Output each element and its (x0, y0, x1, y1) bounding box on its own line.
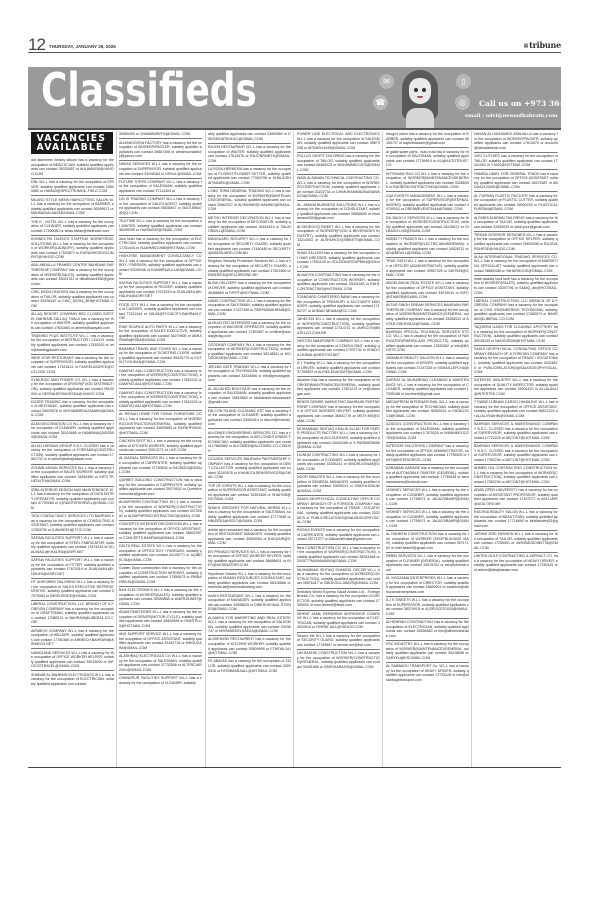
ad-list: 35069300 or SHABABIRIFFA@GMAIL.COMALMANS… (119, 131, 202, 687)
classified-ad: VISHNEY SERVICES W.L.L has a vacancy for… (386, 487, 469, 509)
classified-ad: A J K SWEETS W.L.L has a vacancy for the… (386, 597, 469, 619)
classified-ad: A J Trading W.L.L has a vacancy for the … (297, 360, 380, 377)
classified-ad: RACHNA BEAUTY SALON W.L.L has a vacancy … (474, 509, 558, 531)
classified-ad: METHU INTERIOR DECORATION W.L.L has a va… (208, 214, 291, 236)
logo-text: tribune (529, 40, 561, 50)
classified-ad: SAFINA FACILITIES SUPPORT W.L.L has a va… (119, 279, 202, 301)
classified-ad: ALSHEMOW RESTAURENT has a vacancy for th… (208, 636, 291, 658)
phone-icon: ☎ (373, 95, 388, 110)
classified-ad: SHABAB AL BAHRAIN ELECTRONICS W.L.L has … (31, 671, 114, 687)
classified-ad: MILANO STYLE MENS HAIRCUTTING SALON W.L.… (31, 196, 114, 218)
classified-ad: QURBET BUILDING CONSTRUCTION has a vacan… (119, 477, 202, 499)
classified-ad: RIDE SOURCE AUTO PARTS W.L.L has a vacan… (119, 323, 202, 345)
classified-ad: LIBERAL CONSTRUCTION, LLC BRANCH OF A FO… (31, 601, 114, 628)
classified-ad: AL MAZAAL SERVICES W.L.L has a vacancy f… (119, 455, 202, 477)
ad-list: dar alameemi beauty saloon has a vacancy… (31, 157, 114, 688)
classified-ad: FOOD CITY W.L.L has a vacancy for the oc… (119, 301, 202, 323)
email-icon: ✉ (379, 74, 394, 89)
classified-ad: AHMED ISA CONTRACTING CONSTRUCTION W.L.L… (474, 465, 558, 487)
classified-ad: JEEZAN GATE TRADING W.L.L has a vacancy … (208, 364, 291, 386)
classified-ad: ALKOMED ENGINEERING SERVICES CO. has a v… (208, 429, 291, 456)
classified-ad: SYNERGIC MAN POWER CO. W.L.L has a vacan… (31, 377, 114, 399)
classified-ad: DURRAT AL MUHARRAQ CLEANING & MAINTENANC… (386, 377, 469, 399)
classified-ad: AIRMECH COMPANY W.L.L has a vacancy for … (31, 627, 114, 649)
mobile-icon: ▯ (456, 74, 471, 89)
ad-list: ably qualified applicants can contact 33… (208, 131, 291, 675)
classified-ad: ALLAQ RESORT COMPANY BSC CLOSED SOFITEL … (31, 311, 114, 333)
classified-ad: HAMS CONTRACTING W.L.L has a vacancy for… (208, 298, 291, 320)
classified-ad: LA ROSA HERMOSA has a vacancy for the oc… (208, 166, 291, 188)
classified-ad: LIN XI TRADING COMPANY W.L.L has a vacan… (119, 196, 202, 218)
classified-ad: HESTON MANPOWER COMPANY W.L.L has a vaca… (297, 338, 380, 360)
classified-ad: SAFINA FACILITIES SUPPORT W.L.L has a va… (31, 557, 114, 579)
classified-ad: AL KHOZAMA ENTERPRISES W.L.L has a vacan… (386, 575, 469, 597)
classified-ad: AL- AMANA BUSINESS SOLUTIONS W.L.L has a… (297, 201, 380, 223)
classified-ad: HT UNIFORMS TAILORING W.L.L has a vacanc… (31, 579, 114, 601)
call-us-text[interactable]: Call us on +973 36458394 (479, 99, 561, 108)
classified-ad: AL RIFAAH HOME FOR FIXING FURNITURE CO W… (119, 411, 202, 438)
classified-ad: JUMANUS BEAUTY SALOON W.L.L has a vacanc… (386, 355, 469, 377)
classified-ad: T RABIE LUBNAN CARGO HANDLING W.L.L has … (474, 399, 558, 421)
email-text[interactable]: email : advt@newsofbahrain.com (465, 113, 557, 119)
classified-ad: CONCEPTS INTERIOR DECORATION W.L.L has a… (119, 521, 202, 543)
classified-ad: DIL BAGH C SERVICES W.L.L has a vacancy … (386, 214, 469, 236)
classified-ad: JAHECON W.L.L has a vacancy for the occu… (297, 316, 380, 338)
classified-ad: VISHNEY SERVICES W.L.L has a vacancy for… (386, 509, 469, 531)
classified-ad: LIBERAL CONSTRUCTION, LLC BRANCH OF A FO… (474, 298, 558, 325)
page-masthead: 12 THURSDAY, JANUARY 29, 2026 (28, 34, 280, 53)
classified-ad: SAFINA FACILITIES SUPPORT W.L.L has a va… (31, 535, 114, 557)
newspaper-logo: ▦tribune (524, 40, 561, 50)
classified-ad: GOLDEN SERVICES BAHRAINI PARTNERSHIP COM… (208, 456, 291, 483)
classified-ad: WIDE STAR RESTURANT has a vacancy for th… (31, 355, 114, 377)
classified-ad: EHTISHAM RAO CO W.L.L has a vacancy for … (386, 170, 469, 192)
classified-ad: Best CONSTRUCTION CO. W.L.L has a vacanc… (297, 545, 380, 567)
classified-ad: TRAINING PLUS INSTITUTE W.L.L. has a vac… (31, 333, 114, 355)
logo-mark-icon: ▦ (524, 43, 529, 49)
classified-ad: STANDARD CHARTERED BANK has a vacancy fo… (297, 294, 380, 316)
ad-list: POWER LINE ELECTRICAL AND ELECTRONICS W.… (297, 131, 380, 671)
vacancies-heading: VACANCIES AVAILABLE (31, 132, 114, 154)
classified-ad: SHAKH GROCERY FOR NATURAL HERBS W.L.L ha… (208, 504, 291, 526)
classified-ad: FK ABAYAS has a vacancy for the occupati… (208, 658, 291, 674)
classified-ad: DAMIYAT AALI CONSTRUCTION has a vacancy … (119, 389, 202, 411)
classified-ad: OZOOKAR COMPANY W.L.L has a vacancy for … (208, 342, 291, 364)
classified-ad: ALHEMRAN CONTRACTING has a vacancy for t… (386, 619, 469, 641)
classified-ad: INTERTEK INDUSTRY W.L.L has a vacancy fo… (474, 377, 558, 399)
classified-ad: DELTA REAL ESTATE W.L.L has a vacancy fo… (119, 543, 202, 565)
classified-ad: KARANAM GARAGE has a vacancy for the occ… (386, 465, 469, 487)
classified-ad: INTERIOR SOLUTIONS COMPANY has a vacancy… (386, 443, 469, 465)
classified-ad: TAQSEEM OASIS FOR CLEANING &POTTERY has … (474, 324, 558, 346)
classified-ad: SAUDI GEOPHYSICAL CONSULTING OFFICE COMP… (297, 496, 380, 527)
ad-list: HASAN ALI MOHAMED ASADALLA has a vacancy… (474, 131, 558, 574)
classified-ad: dohfal ajmi restaurant has a vacancy for… (208, 526, 291, 548)
classified-ad: Kingdom Security Protection Services W.L… (208, 258, 291, 280)
classified-ad: THE K - HOTEL W.L.L has a vacancy for th… (31, 218, 114, 235)
classified-ad: HIGH-RISE MANAGEMENT CONSULTANCY CO W.L.… (119, 253, 202, 280)
column-2: 35069300 or SHABABIRIFFA@GMAIL.COMALMANS… (117, 131, 206, 767)
classified-ad: madi alsadiq food stuff has a vacancy fo… (474, 276, 558, 298)
classified-ad: LONG TERM GENERAL TRADING W.L.L has a va… (208, 188, 291, 215)
classified-ad: HAMIDA LABEL FOR GENERAL TRADE has a vac… (474, 170, 558, 192)
classified-ad: Golden Diyar construction has a vacancy … (119, 565, 202, 587)
classified-ad: CHIC MODA FASHION has a vacancy for the … (31, 289, 114, 311)
classified-ad: dar alameemi beauty saloon has a vacancy… (31, 157, 114, 179)
classified-ad: ALSHUROOQ SWEET W.L.L has a vacancy for … (297, 223, 380, 250)
classified-columns: VACANCIES AVAILABLE dar alameemi beauty … (28, 131, 561, 768)
classified-ad: TOP OF EVENTS W.L.L has a vacancy for th… (208, 483, 291, 505)
column-1: VACANCIES AVAILABLE dar alameemi beauty … (28, 131, 117, 767)
classified-ad: IDRA INTERIOR DESIGN AND MAINTENENCE W.L… (31, 487, 114, 514)
classified-ad: AL FURSAN PLASTIC FACTORY has a vacancy … (474, 192, 558, 214)
classified-ad: ALBAPHERN CONTRACTING W.L.L has a vacanc… (119, 499, 202, 521)
classified-ad: POWER LINE ELECTRICAL AND ELECTRONICS W.… (297, 131, 380, 153)
classified-ad: al gallaf spare parts , auto trust has a… (386, 148, 469, 170)
classified-ad: AVTAR SINGH DREAM SERVICES BAHRAINI PART… (386, 302, 469, 329)
classified-ad: TEA TIME W.L.L has a vacancy for the occ… (119, 218, 202, 235)
mascot-illustration (400, 70, 440, 128)
classified-ad: ably qualified applicants can contact 33… (208, 131, 291, 144)
classified-ad: TIRDAH INTERIOR DESIGNER W.L.L has a vac… (474, 232, 558, 254)
classified-ad: ANGELANGAI REAL ESTATE W.L.L has a vacan… (386, 280, 469, 302)
classified-ad: ALHAJ HASSAN GROUP B.S.C CLOSED has a va… (31, 443, 114, 465)
classified-ad: ISHRAT JAMIL REPAIRING WORKSHOP COMPANY … (297, 611, 380, 633)
classified-ad: NAMOLAND SERVICES W.L.L has a vacancy fo… (31, 649, 114, 671)
classified-ad: RAJON RESTAURANT W.L.L has a vacancy for… (208, 144, 291, 166)
classified-ad: FALCON ISLAND CLEANING EST has a vacancy… (208, 408, 291, 430)
classified-ad: ZOHAIB AHSAN SERVICES W.L.L has a vacanc… (31, 465, 114, 487)
classified-ad: Alsalam Gas has a vacancy for the occupa… (297, 377, 380, 399)
classified-ad: POLLUX GENTS TAILORING has a vacancy for… (297, 153, 380, 175)
classified-ad: Wyndham Garden W.L.L has a vacancy for t… (208, 570, 291, 592)
classified-ad: REBIN SERVICES W.L.L has a vacancy for t… (386, 553, 469, 575)
classified-ad: ertugrul salon has a vacancy for the occ… (386, 131, 469, 148)
masthead-right: ▦tribune (280, 34, 561, 53)
classified-ad: BAHARIA TRAVEL AND TOURS W.L.L has a vac… (119, 345, 202, 367)
classified-ad: ALFARIS ALARABI TAILORING has a vacancy … (474, 214, 558, 231)
classified-ad: ABU ABDULLA FRAMES CENTRE BAHRAINI PARTN… (31, 262, 114, 289)
classified-ad: SAUDI GEOPHYSICAL CONSULTING OFFICE COMP… (474, 346, 558, 377)
classified-ad: TRUE OATH W.L.L has a vacancy for the oc… (386, 258, 469, 280)
classified-ad: UNITED GULF CONTRACTING & ASPHALT CO. ha… (474, 553, 558, 574)
classified-ad: BLINK DELIVERY has a vacancy for the occ… (208, 280, 291, 297)
page-date: THURSDAY, JANUARY 29, 2026 (49, 44, 116, 49)
classified-ad: FUTURE STEPS COMPANY W.L.L has a vacancy… (119, 179, 202, 196)
classified-ad: CHANDPUR FACILITIES SUPPORT W.L.L has a … (119, 675, 202, 687)
classified-ad: NOOR MINUTES W.L.L has a vacancy for the… (297, 474, 380, 496)
classified-ad: CAA EVENTS MANAGEMENT W.L.L has a vacanc… (386, 192, 469, 214)
classified-ad: 35069300 or SHABABIRIFFA@GMAIL.COM (119, 131, 202, 139)
classified-ad: ALMUAYYED INTERIORS has a vacancy for th… (208, 320, 291, 342)
classified-ad: Emirates World Express Saudi Arabia Ltd … (297, 589, 380, 611)
classified-ad: KSC INDUSTRY W.L.L has a vacancy for the… (386, 641, 469, 663)
classified-ad: BAHRAIN SPECIAL TECHNICAL SERVICES STS C… (386, 329, 469, 356)
classified-ad: LIGNUM CONTRACTING W.L.L has a vacancy f… (297, 452, 380, 474)
classified-ad: WADI ALSANAN TECHNICAL CONTRACTING CO. W… (297, 175, 380, 202)
classified-ad: MUHAMMAD ISHTIAQ SHAKEEL DECOR W.L.L has… (297, 567, 380, 589)
classified-ad: NAKAS SERVICES W.L.L has a vacancy for t… (119, 161, 202, 178)
classified-ad: EN PRIVADO SERVICES W.L.L has a vacancy … (208, 548, 291, 570)
classified-ad: Secure Me W.L.L has a vacancy for the oc… (297, 633, 380, 650)
classified-ad: AL SABBAGH TRANSPORT Co. W.L.L has a vac… (386, 663, 469, 684)
classified-ad: AL RAHEEM CONSTRUCTION has a vacancy for… (386, 531, 469, 553)
page-number: 12 (28, 37, 45, 52)
classified-ad: ALAA INTERNATIONAL TRADING SERVICES CO. … (474, 254, 558, 276)
classified-ad: diva hotel has a vacancy for the occupat… (119, 236, 202, 253)
banner-title: Classifieds (41, 67, 257, 117)
globe-icon: ◎ (455, 95, 470, 110)
column-4: POWER LINE ELECTRICAL AND ELECTRONICS W.… (294, 131, 383, 767)
classified-ad: ANS SUPPORT SERVICE W.L.L has a vacancy … (119, 631, 202, 653)
classified-ad: ALSAKKA FOR MARKETING AND REAL ESTATE W.… (208, 614, 291, 636)
classified-ad: UM RASHID CONSTRUCTION W.L.L has a vacan… (297, 650, 380, 671)
classified-ad: BAHRAIN SERVICES & MAINTENANCE COMPANY B… (474, 443, 558, 465)
classified-ad: DNL W.L.L has a vacancy for the occupati… (31, 179, 114, 196)
column-3: ably qualified applicants can contact 33… (206, 131, 295, 767)
ad-list: ertugrul salon has a vacancy for the occ… (386, 131, 469, 684)
column-5: ertugrul salon has a vacancy for the occ… (383, 131, 472, 767)
classified-ad: BAHRAIN SERVICES & MAINTENANCE COMPANY B… (474, 421, 558, 443)
classified-ad: BENSS DEMBS MARKETING BAHRAINI PARTNERSH… (297, 399, 380, 426)
classified-ad: MOHAMMAD ISHTIAQ KHALID ALLAH FOR PAPER … (297, 426, 380, 453)
classified-ad: CHICKEN SPOT W.L.L has a vacancy for the… (119, 438, 202, 455)
classified-ad: AL MUJAHED BOUTIQUE has a vacancy for th… (208, 386, 291, 408)
classified-ad: ADAM PAINTERIES W.L.L has a vacancy for … (119, 609, 202, 631)
classified-ad: ALNAFIYA CONTRACTING has a vacancy for t… (297, 272, 380, 294)
classified-ad: DAMIYAT AALI CONSTRUCTION has a vacancy … (119, 367, 202, 389)
heading-line-2: AVAILABLE (37, 143, 114, 152)
classified-ad: TATA CONSULTANCY SERVICES LTD BAHRAIN ha… (31, 513, 114, 535)
classified-ad: JASHIM ZERI FASHION W.L.L has a vacancy … (474, 531, 558, 553)
classified-ad: MANGUARD SECURITY W.L.L has a vacancy fo… (208, 236, 291, 258)
classified-ad: ALMANSOORA FACTORY has a vacancy for the… (119, 139, 202, 161)
classified-ad: KONNECTIN TALENTS STAFFING WORKFORCE SOL… (31, 236, 114, 263)
classified-ad: ALASHRAQ ELECTRICALS CO W.L.L has a vaca… (119, 653, 202, 675)
classified-ad: NOBELTYTRADES W.L.L has a vacancy for th… (386, 236, 469, 258)
classified-ad: HASAN ALI MOHAMED ASADALLA has a vacancy… (474, 131, 558, 153)
classified-ad: DOZER TRADING has a vacancy for the occu… (31, 399, 114, 421)
classified-ad: AZAN DECORATION CO W.L.L has a vacancy f… (31, 421, 114, 443)
classified-ad: ROSHA EVENTS has a vacancy for the occup… (297, 527, 380, 544)
column-6: HASAN ALI MOHAMED ASADALLA has a vacancy… (472, 131, 561, 767)
classified-ad: SHAN SALOON has a vacancy for the occupa… (297, 250, 380, 272)
classified-ad: ARAB OPEN UNIVERSITY has a vacancy for t… (474, 487, 558, 509)
classified-ad: AASHI RESTAURANT W.L.L has a vacancy for… (208, 592, 291, 614)
classifieds-banner: Classifieds ✉ ☎ ▯ ◎ Call us on +973 3645… (28, 67, 561, 130)
classified-ad: AZIDOOL CONSTRUCTION W.L.L has a vacancy… (386, 421, 469, 443)
classified-ad: MEDIAPRISM INTERNATIONAL W.L.L has a vac… (386, 399, 469, 421)
classified-ad: B&H ELECTRONICS W.L.L has a vacancy for … (119, 587, 202, 609)
classified-ad: 1002 CLOTHES has a vacancy for the occup… (474, 153, 558, 170)
